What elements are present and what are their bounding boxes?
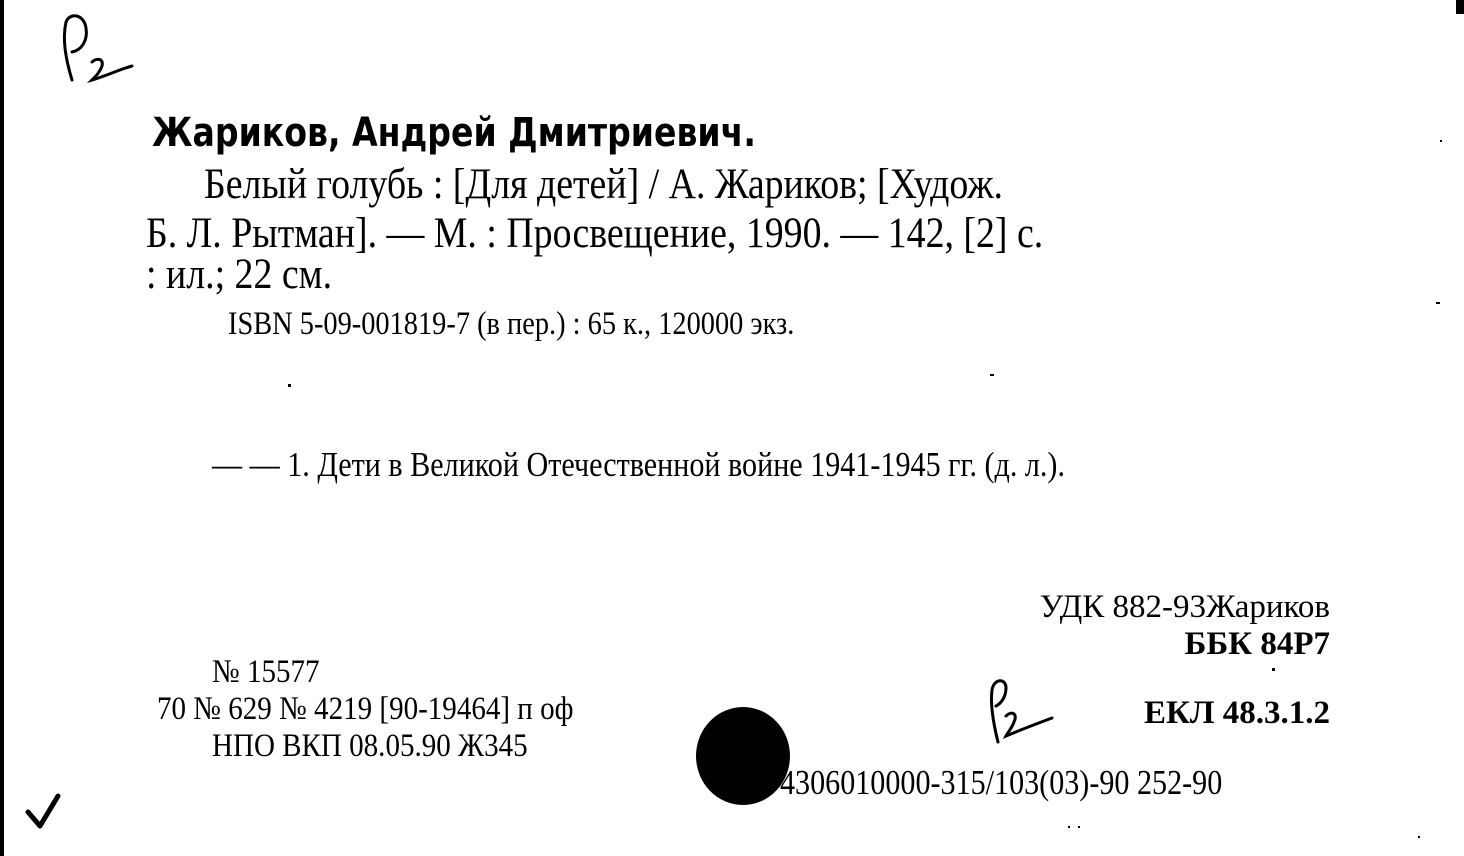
inventory-number: № 15577 — [212, 656, 320, 689]
handwritten-initials-icon — [56, 10, 136, 85]
card-corner-mark — [1456, 0, 1464, 14]
title-line-3: : ил.; 22 см. — [146, 253, 332, 296]
scan-speck — [1078, 826, 1080, 828]
printer-line: НПО ВКП 08.05.90 Ж345 — [212, 730, 528, 763]
isbn-line: ISBN 5-09-001819-7 (в пер.) : 65 к., 120… — [228, 308, 794, 341]
scan-speck — [1272, 668, 1275, 671]
author-heading: Жариков, Андрей Дмитриевич. — [152, 113, 756, 153]
title-line-1: Белый голубь : [Для детей] / А. Жариков;… — [204, 163, 1003, 206]
print-order-line: 70 № 629 № 4219 [90-19464] п оф — [157, 693, 573, 726]
scan-speck — [990, 374, 994, 376]
scan-speck — [1068, 826, 1070, 828]
scan-speck — [1418, 836, 1420, 838]
handwritten-initials-icon — [984, 676, 1060, 746]
scan-speck — [1436, 302, 1440, 304]
scan-speck — [288, 384, 291, 387]
punched-hole-mark — [696, 707, 790, 805]
udk-code: УДК 882-93Жариков — [1040, 591, 1330, 624]
checkmark-icon — [20, 790, 70, 840]
bbk-code: ББК 84Р7 — [1185, 628, 1330, 661]
subject-heading-line: — — 1. Дети в Великой Отечественной войн… — [212, 447, 1065, 482]
title-line-2: Б. Л. Рытман]. — М. : Просвещение, 1990.… — [146, 212, 1043, 255]
scan-speck — [1440, 140, 1442, 142]
card-left-edge — [0, 0, 4, 856]
ekl-code: ЕКЛ 48.3.1.2 — [1144, 697, 1330, 730]
catalog-code-line: 4306010000-315/103(03)-90 252-90 — [780, 765, 1222, 800]
